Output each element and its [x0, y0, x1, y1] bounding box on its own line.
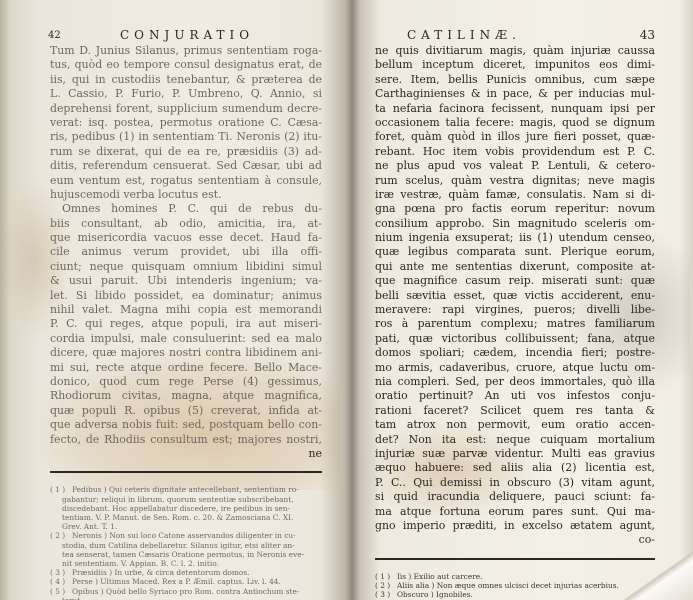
- catchword: ne: [50, 447, 322, 461]
- text-line: rum se dixerat, qui de ea re, præsidiis …: [50, 145, 322, 159]
- footnote: ( 3 )Præsidiis ) In urbe, & circa detent…: [50, 568, 322, 577]
- text-line: nihil valet. Magna mihi copia est memora…: [50, 303, 322, 317]
- footnote-text: nit sententiam. V. Appian. B. C. l. 2. i…: [62, 559, 219, 568]
- text-line: quæ legibus comparata sunt. Plerique eor…: [375, 245, 655, 259]
- text-line: donico, quod cum rege Perse (4) gessimus…: [50, 375, 322, 389]
- text-line: hujuscemodi verba locutus est.: [50, 188, 322, 202]
- footnote-text: Neronis ) Non sui loco Catone asservando…: [72, 531, 296, 540]
- text-line: P. C. qui reges, atque populi, ira aut m…: [50, 317, 322, 331]
- footnote-text: Iis ) Exilio aut carcere.: [397, 572, 482, 581]
- text-line: Rhodiorum civitas, magna, atque magnific…: [50, 389, 322, 403]
- footnote-rule: [375, 558, 655, 560]
- footnote: tea senserat, tamen Cæsaris Oratione per…: [50, 550, 322, 559]
- text-line: det? Non ita est: neque cuiquam mortaliu…: [375, 433, 655, 447]
- footnote-marker: ( 1 ): [375, 572, 397, 581]
- text-line: L. Cassio, P. Furio, P. Umbreno, Q. Anni…: [50, 87, 322, 101]
- footnote-text: stodia, dum Catilina debellaretur. Silan…: [62, 541, 295, 550]
- text-line: belli sævitia esset, quæ victis accidere…: [375, 289, 655, 303]
- book-spread: 42 Conjuratio Tum D. Junius Silanus, pri…: [0, 0, 693, 600]
- text-line: ros à parentum complexu; matres familiar…: [375, 317, 655, 331]
- running-head-title: Catilinæ.: [407, 28, 521, 42]
- footnote: terat.: [50, 596, 322, 600]
- text-line: sere. Item, bellis Punicis omnibus, cum …: [375, 73, 655, 87]
- footnote-text: Grev. Ant. T. 1.: [62, 522, 117, 531]
- text-line: pati, quæ victoribus collibuissent; fana…: [375, 332, 655, 346]
- footnote-text: Perse ) Ultimus Maced. Rex a P. Æmil. ca…: [72, 577, 281, 586]
- text-line: deprehensi forent, supplicium sumendum d…: [50, 102, 322, 116]
- text-line: injuriæ suæ parvæ videntur. Multi eas gr…: [375, 447, 655, 461]
- footnote-marker: ( 1 ): [50, 485, 72, 494]
- footnote-marker: ( 2 ): [375, 581, 397, 590]
- footnotes: ( 1 )Iis ) Exilio aut carcere. ( 2 )Alii…: [375, 572, 655, 600]
- text-line: que adversa nobis fuit: sed, postquam be…: [50, 418, 322, 432]
- text-line: oratio pertinuit? An uti vos infestos co…: [375, 389, 655, 403]
- footnote-text: Aliis alia ) Non æque omnes ulcisci dece…: [397, 581, 619, 590]
- footnote-text: terat.: [62, 596, 83, 600]
- text-line: foret, quàm quòd in illos jure fieri pos…: [375, 130, 655, 144]
- text-line: rationi faceret? Scilicet quem res tanta…: [375, 404, 655, 418]
- left-page: 42 Conjuratio Tum D. Junius Silanus, pri…: [50, 28, 322, 600]
- text-line: ciunt; neque quisquam omnium libidini si…: [50, 260, 322, 274]
- text-line: dicere, quæ majores nostri contra libidi…: [50, 346, 322, 360]
- text-line: ne quis divitiarum magis, quàm injuriæ c…: [375, 44, 655, 58]
- text-line: æquo habuere: sed aliis alia (2) licenti…: [375, 461, 655, 475]
- footnote: discedebant. Hoc appellabatur discedere,…: [50, 504, 322, 513]
- text-line: mo armis, cadaveribus, cruore, atque luc…: [375, 361, 655, 375]
- text-line: Tum D. Junius Silanus, primus sententiam…: [50, 44, 322, 58]
- footnote: ( 2 )Aliis alia ) Non æque omnes ulcisci…: [375, 581, 655, 590]
- footnote-text: gabantur; reliqui in librum, quorum sent…: [62, 495, 294, 504]
- text-line: que magnifice casum reip. miserati sunt:…: [375, 274, 655, 288]
- text-line: ne plus apud vos valeat P. Lentuli, & ce…: [375, 159, 655, 173]
- footnote-text: tea senserat, tamen Cæsaris Oratione per…: [62, 550, 304, 559]
- text-line: P. C.. Qui demissi in obscuro (3) vitam …: [375, 476, 655, 490]
- footnotes: ( 1 )Pedibus ) Qui ceteris dignitate ant…: [50, 485, 322, 600]
- footnote-text: Opibus ) Quòd bello Syriaco pro Rom. con…: [72, 587, 299, 596]
- text-line: tus, quòd eo tempore consul designatus e…: [50, 58, 322, 72]
- footnote: ( 5 )Opibus ) Quòd bello Syriaco pro Rom…: [50, 587, 322, 596]
- text-line: verat: isq. postea, permotus oratione C.…: [50, 116, 322, 130]
- text-line: biis consultant, ab odio, amicitia, ira,…: [50, 217, 322, 231]
- body-text: Tum D. Junius Silanus, primus sententiam…: [50, 44, 322, 461]
- text-line: Carthaginienses & in pace, & per inducia…: [375, 87, 655, 101]
- text-line: cordia impulsi, male consuluerint: sed e…: [50, 332, 322, 346]
- footnote-marker: ( 2 ): [50, 531, 72, 540]
- page-number: 43: [640, 28, 655, 42]
- right-page: Catilinæ. 43 ne quis divitiarum magis, q…: [375, 28, 655, 599]
- footnote: ( 4 )Perse ) Ultimus Maced. Rex a P. Æmi…: [50, 577, 322, 586]
- footnote: ( 1 )Iis ) Exilio aut carcere.: [375, 572, 655, 581]
- text-line: que misericordia vacuos esse decet. Haud…: [50, 231, 322, 245]
- footnote: ( 1 )Pedibus ) Qui ceteris dignitate ant…: [50, 485, 322, 494]
- footnote-text: tentiam. V. P. Manut. de Sen. Rom. c. 20…: [62, 513, 293, 522]
- text-line: rum scelus, quàm vestra dignitas; neve m…: [375, 174, 655, 188]
- footnote-marker: ( 5 ): [50, 587, 72, 596]
- text-line: & usui paruit. Ubi intenderis ingenium; …: [50, 274, 322, 288]
- footnote-rule: [50, 471, 322, 473]
- footnote-marker: ( 3 ): [375, 590, 397, 599]
- text-line: si quid iracundia deliquere, pauci sciun…: [375, 490, 655, 504]
- running-head: Catilinæ. 43: [375, 28, 655, 42]
- text-line: quæ populi R. opibus (5) creverat, infid…: [50, 404, 322, 418]
- text-line: bellum inceptum diceret, impunitos eos d…: [375, 58, 655, 72]
- text-line: qui ante me sententias dixerunt, composi…: [375, 260, 655, 274]
- footnote: tentiam. V. P. Manut. de Sen. Rom. c. 20…: [50, 513, 322, 522]
- text-line: tam atrox non permovit, eum oratio accen…: [375, 418, 655, 432]
- footnote: Grev. Ant. T. 1.: [50, 522, 322, 531]
- footnote: stodia, dum Catilina debellaretur. Silan…: [50, 541, 322, 550]
- footnote-text: Obscuro ) Ignobiles.: [397, 590, 473, 599]
- text-line: let. Si libido possidet, ea dominatur; a…: [50, 289, 322, 303]
- text-line: iis, qui in custodiis tenebantur, & præt…: [50, 73, 322, 87]
- text-line: ta nefaria facinora fecissent, nunquam i…: [375, 102, 655, 116]
- footnote-marker: ( 3 ): [50, 568, 72, 577]
- footnote-marker: ( 4 ): [50, 577, 72, 586]
- text-line: gno imperio præditi, in excelso ætatem a…: [375, 519, 655, 533]
- text-line: fecto, de Rhodiis consultum est; majores…: [50, 433, 322, 447]
- footnote-text: discedebant. Hoc appellabatur discedere,…: [62, 504, 290, 513]
- footnote: gabantur; reliqui in librum, quorum sent…: [50, 495, 322, 504]
- text-line: ris, pedibus (1) in sententiam Ti. Neron…: [50, 130, 322, 144]
- footnote-text: Pedibus ) Qui ceteris dignitate antecell…: [72, 485, 299, 494]
- running-head: 42 Conjuratio: [50, 28, 322, 42]
- text-line: mi sui, recte atque ordine fecere. Bello…: [50, 361, 322, 375]
- footnote: ( 3 )Obscuro ) Ignobiles.: [375, 590, 655, 599]
- page-corner-curl: [623, 550, 693, 600]
- page-number: 42: [48, 30, 61, 41]
- text-line: occasionem talia fecere: magis, quod se …: [375, 116, 655, 130]
- text-line: nium ingenia exsuperat; iis (1) utendum …: [375, 231, 655, 245]
- text-line: ma atque fortuna eorum pares sunt. Qui m…: [375, 505, 655, 519]
- text-line: nia compleri. Sed, per deos immortales, …: [375, 375, 655, 389]
- text-line: gna pœna pro factis eorum reperitur: nov…: [375, 202, 655, 216]
- text-line: consilium approbo. Sin magnitudo sceleri…: [375, 217, 655, 231]
- catchword: co-: [375, 533, 655, 547]
- text-line: ditis, referendum censuerat. Sed Cæsar, …: [50, 159, 322, 173]
- text-line: cile animus verum providet, ubi illa off…: [50, 245, 322, 259]
- text-line: domos spoliari; cædem, incendia fieri; p…: [375, 346, 655, 360]
- text-line: rebant. Hoc item vobis providendum est P…: [375, 145, 655, 159]
- footnote: ( 2 )Neronis ) Non sui loco Catone asser…: [50, 531, 322, 540]
- running-head-title: Conjuratio: [120, 28, 254, 42]
- text-line: meravere: rapi virgines, pueros; divelli…: [375, 303, 655, 317]
- text-line: eum ventum est, rogatus sententiam à con…: [50, 174, 322, 188]
- footnote-text: Præsidiis ) In urbe, & circa detentorum …: [72, 568, 249, 577]
- body-text: ne quis divitiarum magis, quàm injuriæ c…: [375, 44, 655, 548]
- footnote: nit sententiam. V. Appian. B. C. l. 2. i…: [50, 559, 322, 568]
- text-line: iræ vestræ, quàm famæ, consulatis. Nam s…: [375, 188, 655, 202]
- text-line: Omnes homines P. C. qui de rebus du-: [50, 202, 322, 216]
